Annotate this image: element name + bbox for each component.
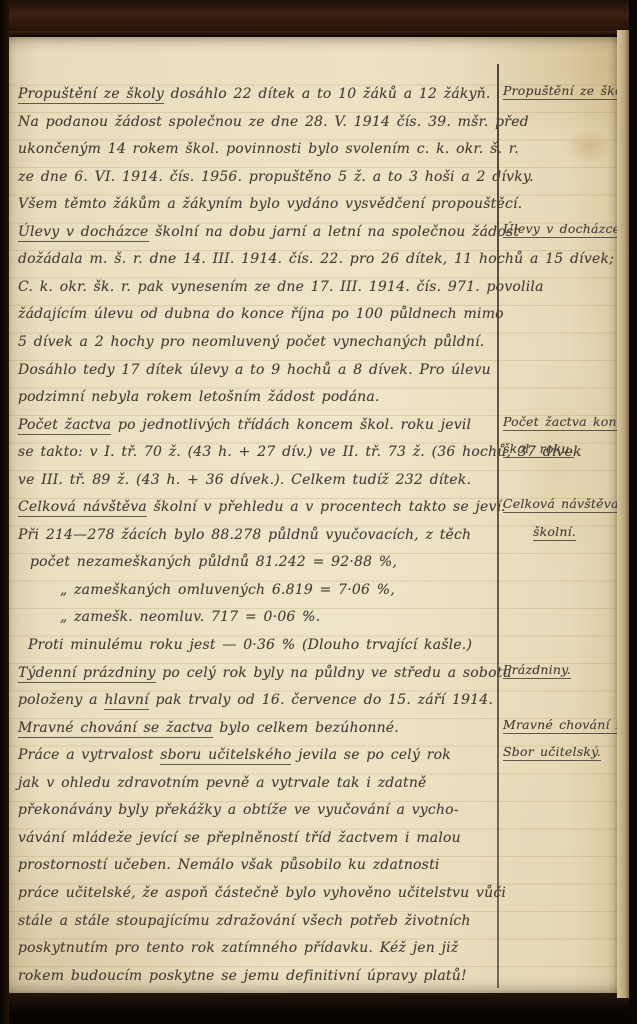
text-segment: jak v ohledu zdravotním pevně a vytrvale… [18,775,427,791]
text-line: práce učitelské, že aspoň částečně bylo … [18,883,506,903]
text-segment: po jednotlivých třídách koncem škol. rok… [111,417,471,433]
text-line: překonávány byly překážky a obtíže ve vy… [18,800,459,820]
text-segment: hlavní [104,692,148,710]
text-line: Dosáhlo tedy 17 dítek úlevy a to 9 hochů… [18,360,491,380]
margin-note: Sbor učitelský. [503,743,601,761]
text-segment: žádajícím úlevu od dubna do konce října … [18,306,504,322]
text-line: Při 214—278 žácích bylo 88.278 půldnů vy… [18,525,471,545]
text-segment: Dosáhlo tedy 17 dítek úlevy a to 9 hochů… [18,362,491,378]
text-segment: C. k. okr. šk. r. pak vynesením ze dne 1… [18,279,544,295]
text-segment: se takto: v I. tř. 70 ž. (43 h. + 27 dív… [18,444,582,460]
margin-note: Prázdniny. [503,661,571,679]
margin-note: škol. roku. [503,440,574,458]
text-segment: Práce a vytrvalost [18,747,160,763]
text-segment: dožádala m. š. r. dne 14. III. 1914. čís… [18,251,614,267]
margin-note: Mravné chování ž. [503,716,627,734]
text-line: Proti minulému roku jest — 0·36 % (Dlouh… [28,635,472,655]
margin-note-label: Mravné chování ž. [503,717,627,734]
text-segment: dosáhlo 22 dítek a to 10 žáků a 12 žákyň… [164,86,491,102]
text-line: žádajícím úlevu od dubna do konce října … [18,304,504,324]
text-line: Úlevy v docházce školní na dobu jarní a … [18,222,519,242]
margin-note-label: Sbor učitelský. [503,744,601,761]
text-segment: Týdenní prázdniny [18,665,156,683]
book-cover-top [0,0,637,37]
text-segment: sboru učitelského [160,747,291,765]
paper-stain [564,130,614,164]
text-segment: školní na dobu jarní a letní na společno… [149,224,520,240]
book-cover-right [629,0,637,1024]
text-segment: jevila se po celý rok [291,747,450,763]
margin-note-label: škol. roku. [503,441,574,458]
text-segment: práce učitelské, že aspoň částečně bylo … [18,885,506,901]
margin-note-label: Prázdniny. [503,662,571,679]
text-line: 5 dívek a 2 hochy pro neomluvený počet v… [18,332,484,352]
text-line: Práce a vytrvalost sboru učitelského jev… [18,745,451,765]
text-line: Propuštění ze školy dosáhlo 22 dítek a t… [18,84,491,104]
text-line: Celková návštěva školní v přehledu a v p… [18,497,506,517]
text-segment: ve III. tř. 89 ž. (43 h. + 36 dívek.). C… [18,472,471,488]
text-segment: pak trvaly od 16. července do 15. září 1… [149,692,493,708]
text-line: dožádala m. š. r. dne 14. III. 1914. čís… [18,249,614,269]
text-segment: Všem těmto žákům a žákyním bylo vydáno v… [18,196,522,212]
text-line: „ zameškaných omluvených 6.819 = 7·06 %, [60,580,395,600]
text-segment: překonávány byly překážky a obtíže ve vy… [18,802,459,818]
text-line: položeny a hlavní pak trvaly od 16. červ… [18,690,493,710]
text-segment: Celková návštěva [18,499,147,517]
text-segment: ze dne 6. VI. 1914. čís. 1956. propuštěn… [18,169,534,185]
text-line: Všem těmto žákům a žákyním bylo vydáno v… [18,194,522,214]
text-line: Mravné chování se žactva bylo celkem bez… [18,718,399,738]
paper-stain [514,355,604,575]
margin-note-label: Úlevy v docházce [503,221,620,238]
text-line: počet nezameškaných půldnů 81.242 = 92·8… [30,552,397,572]
text-segment: Propuštění ze školy [18,86,164,104]
text-segment: 5 dívek a 2 hochy pro neomluvený počet v… [18,334,484,350]
text-segment: prostorností učeben. Nemálo však působil… [18,857,440,873]
text-segment: počet nezameškaných půldnů 81.242 = 92·8… [30,554,397,570]
book-cover-bottom [0,993,637,1024]
text-line: C. k. okr. šk. r. pak vynesením ze dne 1… [18,277,544,297]
text-segment: Na podanou žádost společnou ze dne 28. V… [18,114,529,130]
text-segment: bylo celkem bezúhonné. [213,720,399,736]
text-segment: Počet žactva [18,417,111,435]
margin-note: Propuštění ze školy [503,82,634,100]
text-segment: stále a stále stoupajícímu zdražování vš… [18,913,471,929]
text-segment: položeny a [18,692,104,708]
book-binding-left [0,0,9,1024]
text-segment: rokem budoucím poskytne se jemu definiti… [18,968,467,984]
text-line: ve III. tř. 89 ž. (43 h. + 36 dívek.). C… [18,470,471,490]
text-line: prostorností učeben. Nemálo však působil… [18,855,440,875]
text-segment: Při 214—278 žácích bylo 88.278 půldnů vy… [18,527,471,543]
text-line: vávání mládeže jevící se přeplněností tř… [18,828,461,848]
margin-note: Celková návštěva [503,495,619,513]
text-line: podzimní nebyla rokem letošním žádost po… [18,387,380,407]
text-segment: vávání mládeže jevící se přeplněností tř… [18,830,461,846]
text-segment: školní v přehledu a v procentech takto s… [147,499,506,515]
text-segment: po celý rok byly na půldny ve středu a s… [156,665,512,681]
book-page: 86 Propuštění ze školy dosáhlo 22 dítek … [0,0,637,1024]
margin-note-label: Propuštění ze školy [503,83,634,100]
margin-note-label: Celková návštěva [503,496,619,513]
text-segment: poskytnutím pro tento rok zatímného příd… [18,940,458,956]
text-segment: Proti minulému roku jest — 0·36 % (Dlouh… [28,637,472,653]
text-line: Týdenní prázdniny po celý rok byly na pů… [18,663,512,683]
margin-note: Úlevy v docházce [503,220,620,238]
text-line: ze dne 6. VI. 1914. čís. 1956. propuštěn… [18,167,534,187]
text-line: stále a stále stoupajícímu zdražování vš… [18,911,471,931]
margin-note-label: školní. [533,524,576,541]
text-segment: Úlevy v docházce [18,224,149,242]
text-line: Na podanou žádost společnou ze dne 28. V… [18,112,529,132]
text-segment: Mravné chování se žactva [18,720,213,738]
text-line: poskytnutím pro tento rok zatímného příd… [18,938,458,958]
text-line: jak v ohledu zdravotním pevně a vytrvale… [18,773,427,793]
text-line: „ zamešk. neomluv. 717 = 0·06 %. [60,607,320,627]
text-line: se takto: v I. tř. 70 ž. (43 h. + 27 dív… [18,442,582,462]
text-segment: „ zamešk. neomluv. 717 = 0·06 %. [60,609,320,625]
text-line: ukončeným 14 rokem škol. povinnosti bylo… [18,139,519,159]
text-segment: „ zameškaných omluvených 6.819 = 7·06 %, [60,582,395,598]
text-segment: podzimní nebyla rokem letošním žádost po… [18,389,380,405]
text-line: rokem budoucím poskytne se jemu definiti… [18,966,467,986]
margin-note: školní. [533,523,576,541]
text-line: Počet žactva po jednotlivých třídách kon… [18,415,471,435]
text-segment: ukončeným 14 rokem škol. povinnosti bylo… [18,141,519,157]
